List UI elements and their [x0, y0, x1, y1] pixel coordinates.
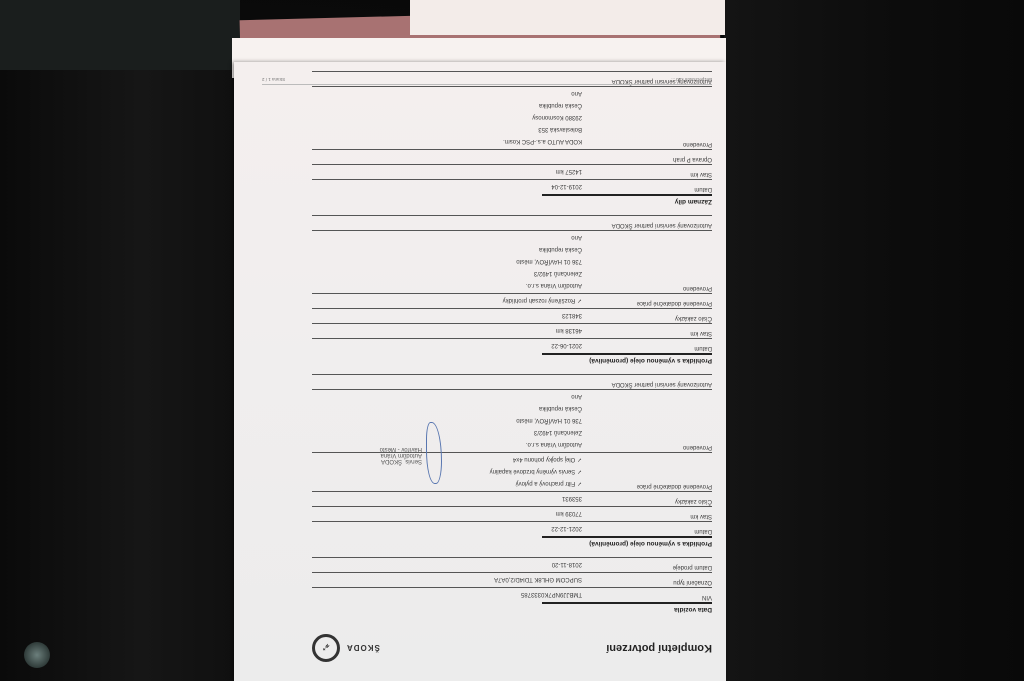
row-value: SUPCOM GHL8K TDI4D/2,0A7A [312, 573, 582, 585]
row-value: 2019-12-04 [312, 180, 582, 192]
row-value-line: Ano [312, 87, 582, 99]
row-value: 353931 [312, 492, 582, 504]
brand: ŠKODA ➶ [312, 634, 380, 662]
document-row: Oprava P prah [312, 149, 712, 164]
car-seat-right [724, 0, 1024, 681]
document-row: Provedené dodatečné práce✓ Rozšířený roz… [312, 293, 712, 308]
row-value-line: 14257 km [312, 165, 582, 177]
row-value-line: ✓ Rozšířený rozsah prohlídky [312, 294, 582, 306]
row-value-line: Zelenčanů 1492/3 [312, 267, 582, 279]
stamp-brand: ŠKODA [381, 458, 402, 464]
row-label: Datum [582, 528, 712, 534]
row-value: 2021-06-22 [312, 339, 582, 351]
document-title: Kompletní potvrzení [606, 642, 712, 654]
row-value-line: Zelenčanů 1492/3 [312, 426, 582, 438]
row-value-line: Boleslavská 353 [312, 123, 582, 135]
document-row: Datum2021-12-22 [312, 521, 712, 536]
row-label: Datum [582, 186, 712, 192]
section-title: Prohlídka s výměnou oleje (proměnlivá) [542, 536, 712, 557]
row-label: Stav km [582, 513, 712, 519]
row-value-line: Česká republika [312, 402, 582, 414]
stamp-label: Servis [405, 458, 422, 464]
stamp-line1: Autodům Vrána [381, 452, 422, 458]
document-row: Označení typuSUPCOM GHL8K TDI4D/2,0A7A [312, 572, 712, 587]
row-value: Autodům Vrána s.r.o.Zelenčanů 1492/3736 … [312, 231, 582, 291]
document-row: Stav km14257 km [312, 164, 712, 179]
document-row: Autorizovaný servisní partner ŠKODA [312, 215, 712, 230]
document-header: Kompletní potvrzení ŠKODA ➶ [312, 623, 712, 673]
row-value-line: KODA AUTO a.s.-PSC Kosm. [312, 135, 582, 147]
document-row: Číslo zakázky348123 [312, 308, 712, 323]
row-label: Označení typu [582, 579, 712, 585]
paper-stack-sheet [410, 0, 725, 35]
brand-name: ŠKODA [346, 644, 380, 653]
document-row: Provedené dodatečné práce✓ Filtr prachov… [312, 452, 712, 491]
row-label: Stav km [582, 330, 712, 336]
row-value-line: TMBJJ9NP7K0333785 [312, 588, 582, 600]
document-row: ProvedenoAutodům Vrána s.r.o.Zelenčanů 1… [312, 230, 712, 293]
row-label: Oprava P prah [582, 156, 712, 162]
row-value-line: Česká republika [312, 99, 582, 111]
footer-left: Bezpečnostní kód ... [671, 77, 712, 82]
document-row: VINTMBJJ9NP7K0333785 [312, 587, 712, 602]
row-value-line: 46138 km [312, 324, 582, 336]
row-value-line: 2021-06-22 [312, 339, 582, 351]
row-value: 2018-11-20 [312, 558, 582, 570]
row-value-line: 2021-12-22 [312, 522, 582, 534]
section-title: Záznam díly [542, 194, 712, 215]
row-value: Autodům Vrána s.r.o.Zelenčanů 1492/3736 … [312, 390, 582, 450]
stamp-line2: Havířov - Město [380, 446, 422, 452]
row-value-line: ✓ Olej spojky pohonu 4x4 [312, 453, 582, 465]
row-label: Provedené dodatečné práce [582, 483, 712, 489]
section-title: Prohlídka s výměnou oleje (proměnlivá) [542, 353, 712, 374]
row-label: Provedeno [582, 444, 712, 450]
row-label: Číslo zakázky [582, 315, 712, 321]
row-value-line: ✓ Filtr prachový a pylový [312, 477, 582, 489]
row-value-line: Autodům Vrána s.r.o. [312, 279, 582, 291]
row-value: ✓ Filtr prachový a pylový✓ Servis výměny… [312, 453, 582, 489]
row-value-line: 736 01 HAVÍŘOV, město [312, 255, 582, 267]
footer-right: Strana 1 / 2 [262, 77, 285, 82]
row-label: Číslo zakázky [582, 498, 712, 504]
row-value-line: 29380 Kosmonosy [312, 111, 582, 123]
document-row: Číslo zakázky353931 [312, 491, 712, 506]
row-label: VIN [582, 594, 712, 600]
row-value: 14257 km [312, 165, 582, 177]
document-row: Datum prodeje2018-11-20 [312, 557, 712, 572]
row-value-line: 736 01 HAVÍŘOV, město [312, 414, 582, 426]
row-value-line: Ano [312, 390, 582, 402]
row-value-line: Autodům Vrána s.r.o. [312, 438, 582, 450]
row-value-line: 348123 [312, 309, 582, 321]
row-value-line: ✓ Servis výměny brzdové kapaliny [312, 465, 582, 477]
service-document-page: Kompletní potvrzení ŠKODA ➶ Data vozidla… [234, 62, 726, 681]
row-value-line: SUPCOM GHL8K TDI4D/2,0A7A [312, 573, 582, 585]
row-label: Autorizovaný servisní partner ŠKODA [582, 222, 712, 228]
row-value: KODA AUTO a.s.-PSC Kosm.Boleslavská 3532… [312, 87, 582, 147]
dealer-stamp: Servis ŠKODA Autodům Vrána Havířov - Měs… [380, 446, 422, 464]
document-row: Datum2021-06-22 [312, 338, 712, 353]
row-value: 2021-12-22 [312, 522, 582, 534]
document-row: Datum2019-12-04 [312, 179, 712, 194]
row-value-line: 77039 km [312, 507, 582, 519]
document-footer: Bezpečnostní kód ... Strana 1 / 2 [262, 77, 712, 85]
row-label: Datum [582, 345, 712, 351]
document-content: Kompletní potvrzení ŠKODA ➶ Data vozidla… [312, 71, 712, 673]
row-value: 46138 km [312, 324, 582, 336]
row-value-line: Ano [312, 231, 582, 243]
car-seat-left [0, 70, 235, 681]
row-value: ✓ Rozšířený rozsah prohlídky [312, 294, 582, 306]
section-title: Data vozidla [542, 602, 712, 623]
row-value-line: Česká republika [312, 243, 582, 255]
row-value: 77039 km [312, 507, 582, 519]
row-label: Stav km [582, 171, 712, 177]
skoda-logo-icon: ➶ [312, 634, 340, 662]
document-row: ProvedenoKODA AUTO a.s.-PSC Kosm.Bolesla… [312, 86, 712, 149]
row-label: Datum prodeje [582, 564, 712, 570]
car-interior-top [0, 0, 240, 70]
row-value: 348123 [312, 309, 582, 321]
document-row: Autorizovaný servisní partner ŠKODA [312, 374, 712, 389]
row-label: Provedeno [582, 141, 712, 147]
document-sections: Data vozidlaVINTMBJJ9NP7K0333785Označení… [312, 71, 712, 623]
row-value-line: 2018-11-20 [312, 558, 582, 570]
row-value-line: 2019-12-04 [312, 180, 582, 192]
car-badge-icon [24, 642, 50, 668]
row-label: Provedené dodatečné práce [582, 300, 712, 306]
document-row: Stav km46138 km [312, 323, 712, 338]
row-label: Autorizovaný servisní partner ŠKODA [582, 381, 712, 387]
document-rotated: Kompletní potvrzení ŠKODA ➶ Data vozidla… [234, 62, 726, 681]
row-label: Provedeno [582, 285, 712, 291]
document-row: ProvedenoAutodům Vrána s.r.o.Zelenčanů 1… [312, 389, 712, 452]
document-row: Stav km77039 km [312, 506, 712, 521]
row-value-line: 353931 [312, 492, 582, 504]
row-value: TMBJJ9NP7K0333785 [312, 588, 582, 600]
